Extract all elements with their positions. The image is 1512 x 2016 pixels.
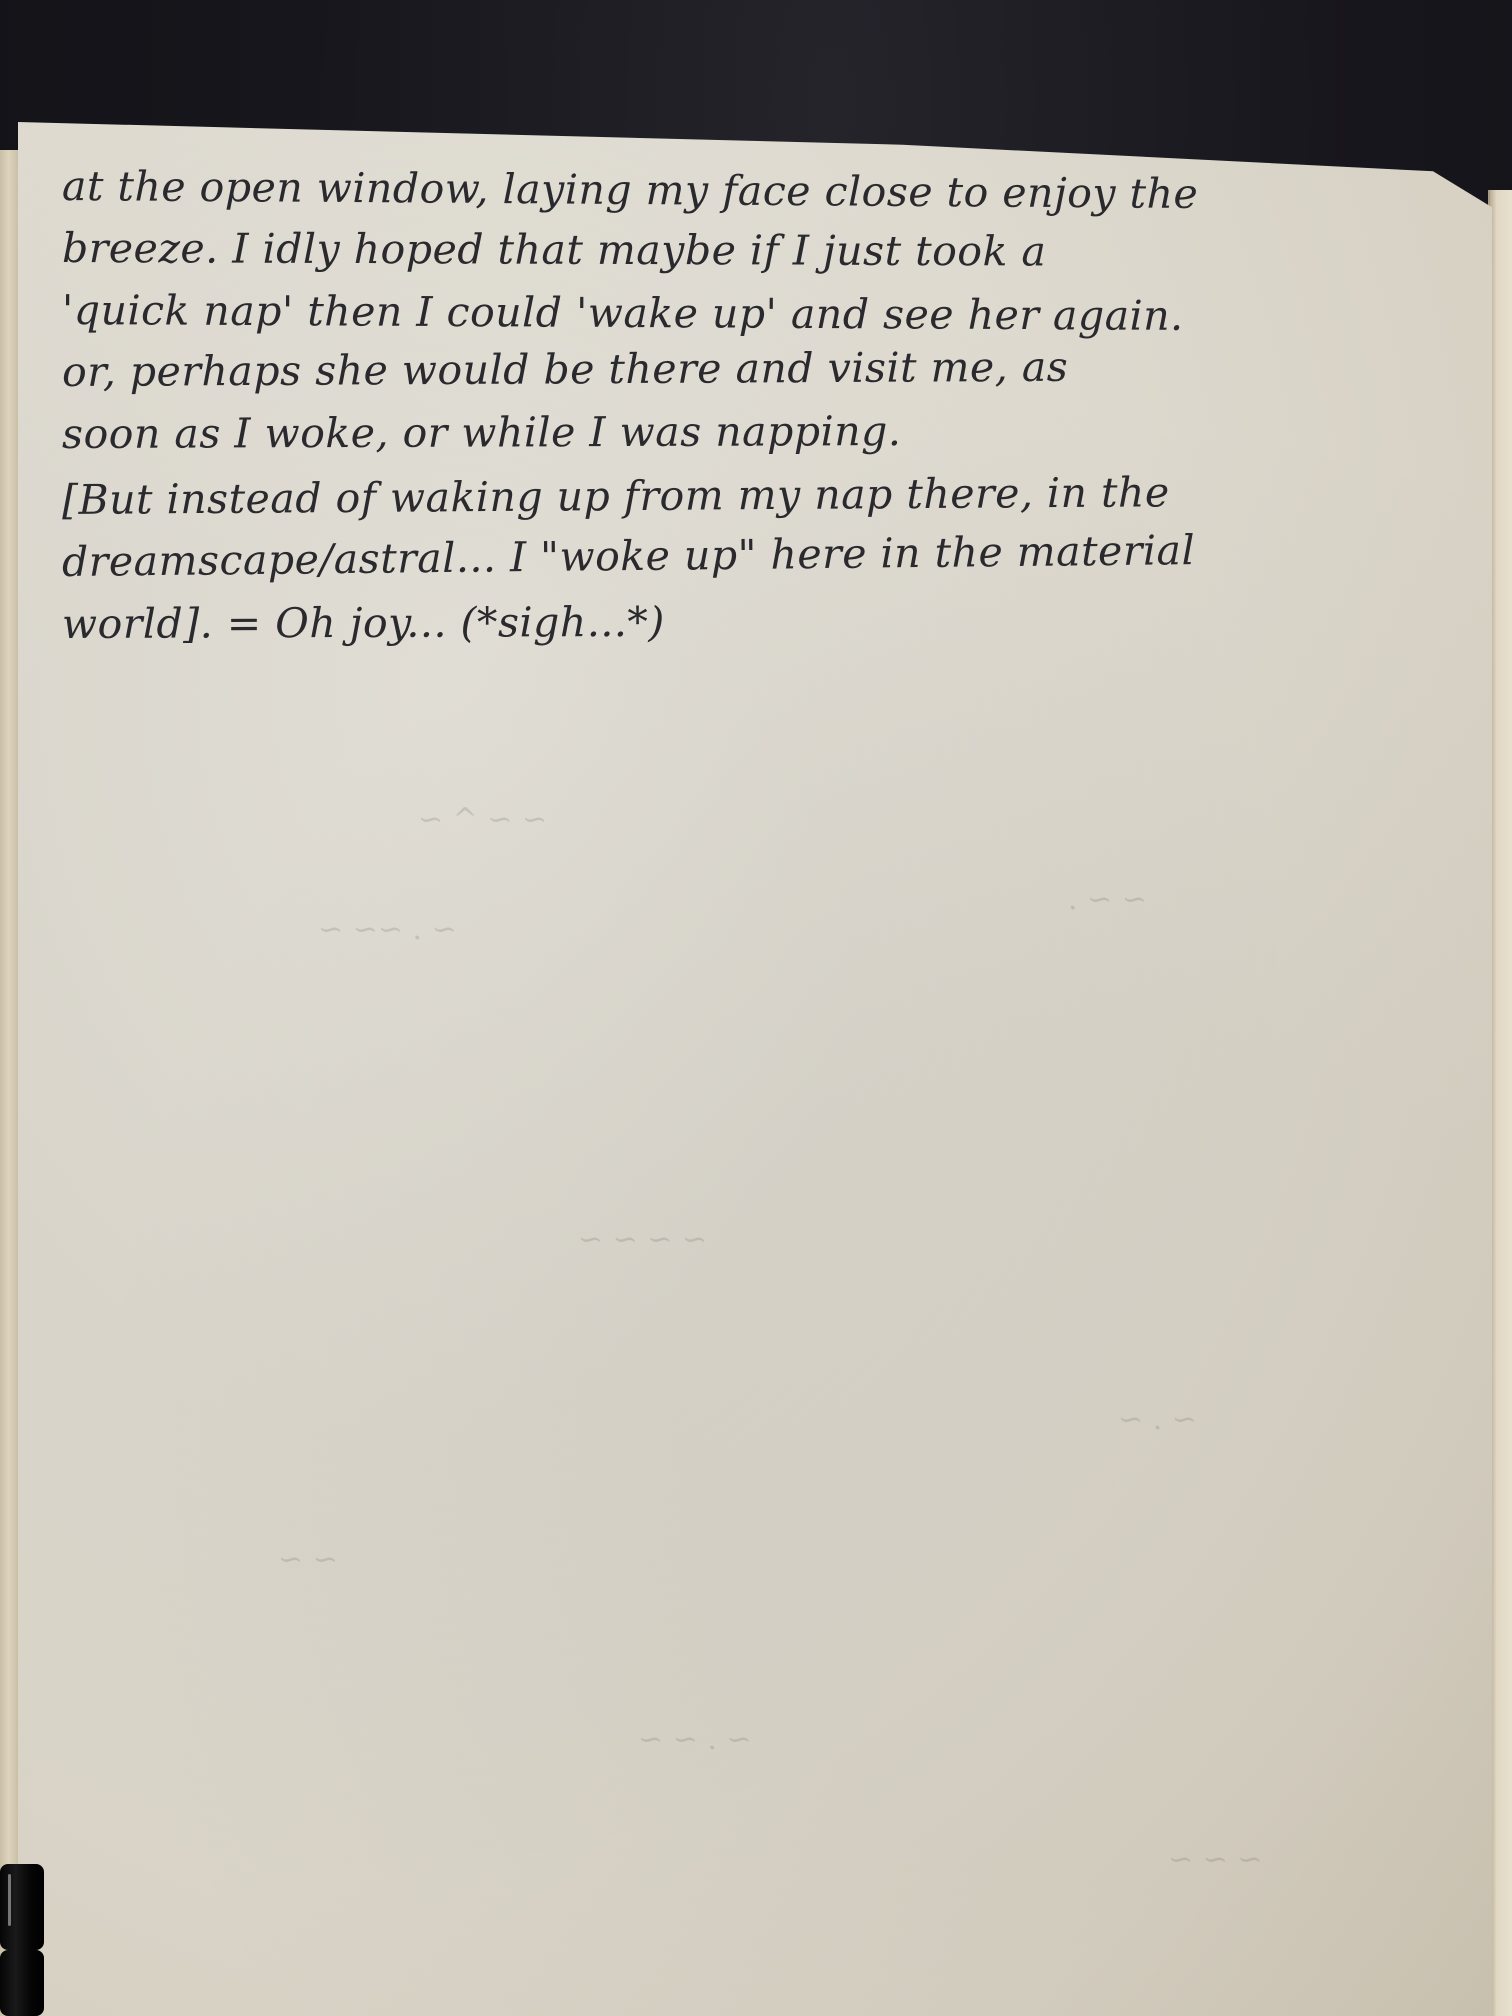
text-line: world]. = Oh joy... (*sigh...*) <box>62 588 1452 655</box>
bleed-through-mark: ~ . ~ ~ <box>638 1722 752 1757</box>
bleed-through-mark: ~ ~ <box>278 1542 338 1577</box>
text-line: dreamscape/astral... I "woke up" here in… <box>62 516 1453 593</box>
bleed-through-mark: ~ . ~~ ~ <box>318 912 457 947</box>
bleed-through-mark: ~ ~ ^ ~ <box>418 802 547 837</box>
text-line: soon as I woke, or while I was napping. <box>62 398 1452 465</box>
bleed-through-mark: ~ ~ . <box>1068 882 1147 917</box>
binding-clip <box>0 1950 44 2016</box>
clip-highlight <box>8 1874 11 1926</box>
bleed-through-mark: ~ ~ ~ <box>1168 1842 1262 1877</box>
text-line: at the open window, laying my face close… <box>62 155 1452 227</box>
text-line: breeze. I idly hoped that maybe if I jus… <box>62 217 1452 284</box>
bleed-through-mark: ~ ~ ~ ~ <box>578 1222 707 1257</box>
handwritten-text: at the open window, laying my face close… <box>62 155 1452 655</box>
bleed-through-mark: ~ . ~ <box>1118 1402 1197 1437</box>
binding-clip <box>0 1864 44 1950</box>
text-line: or, perhaps she would be there and visit… <box>62 334 1452 403</box>
